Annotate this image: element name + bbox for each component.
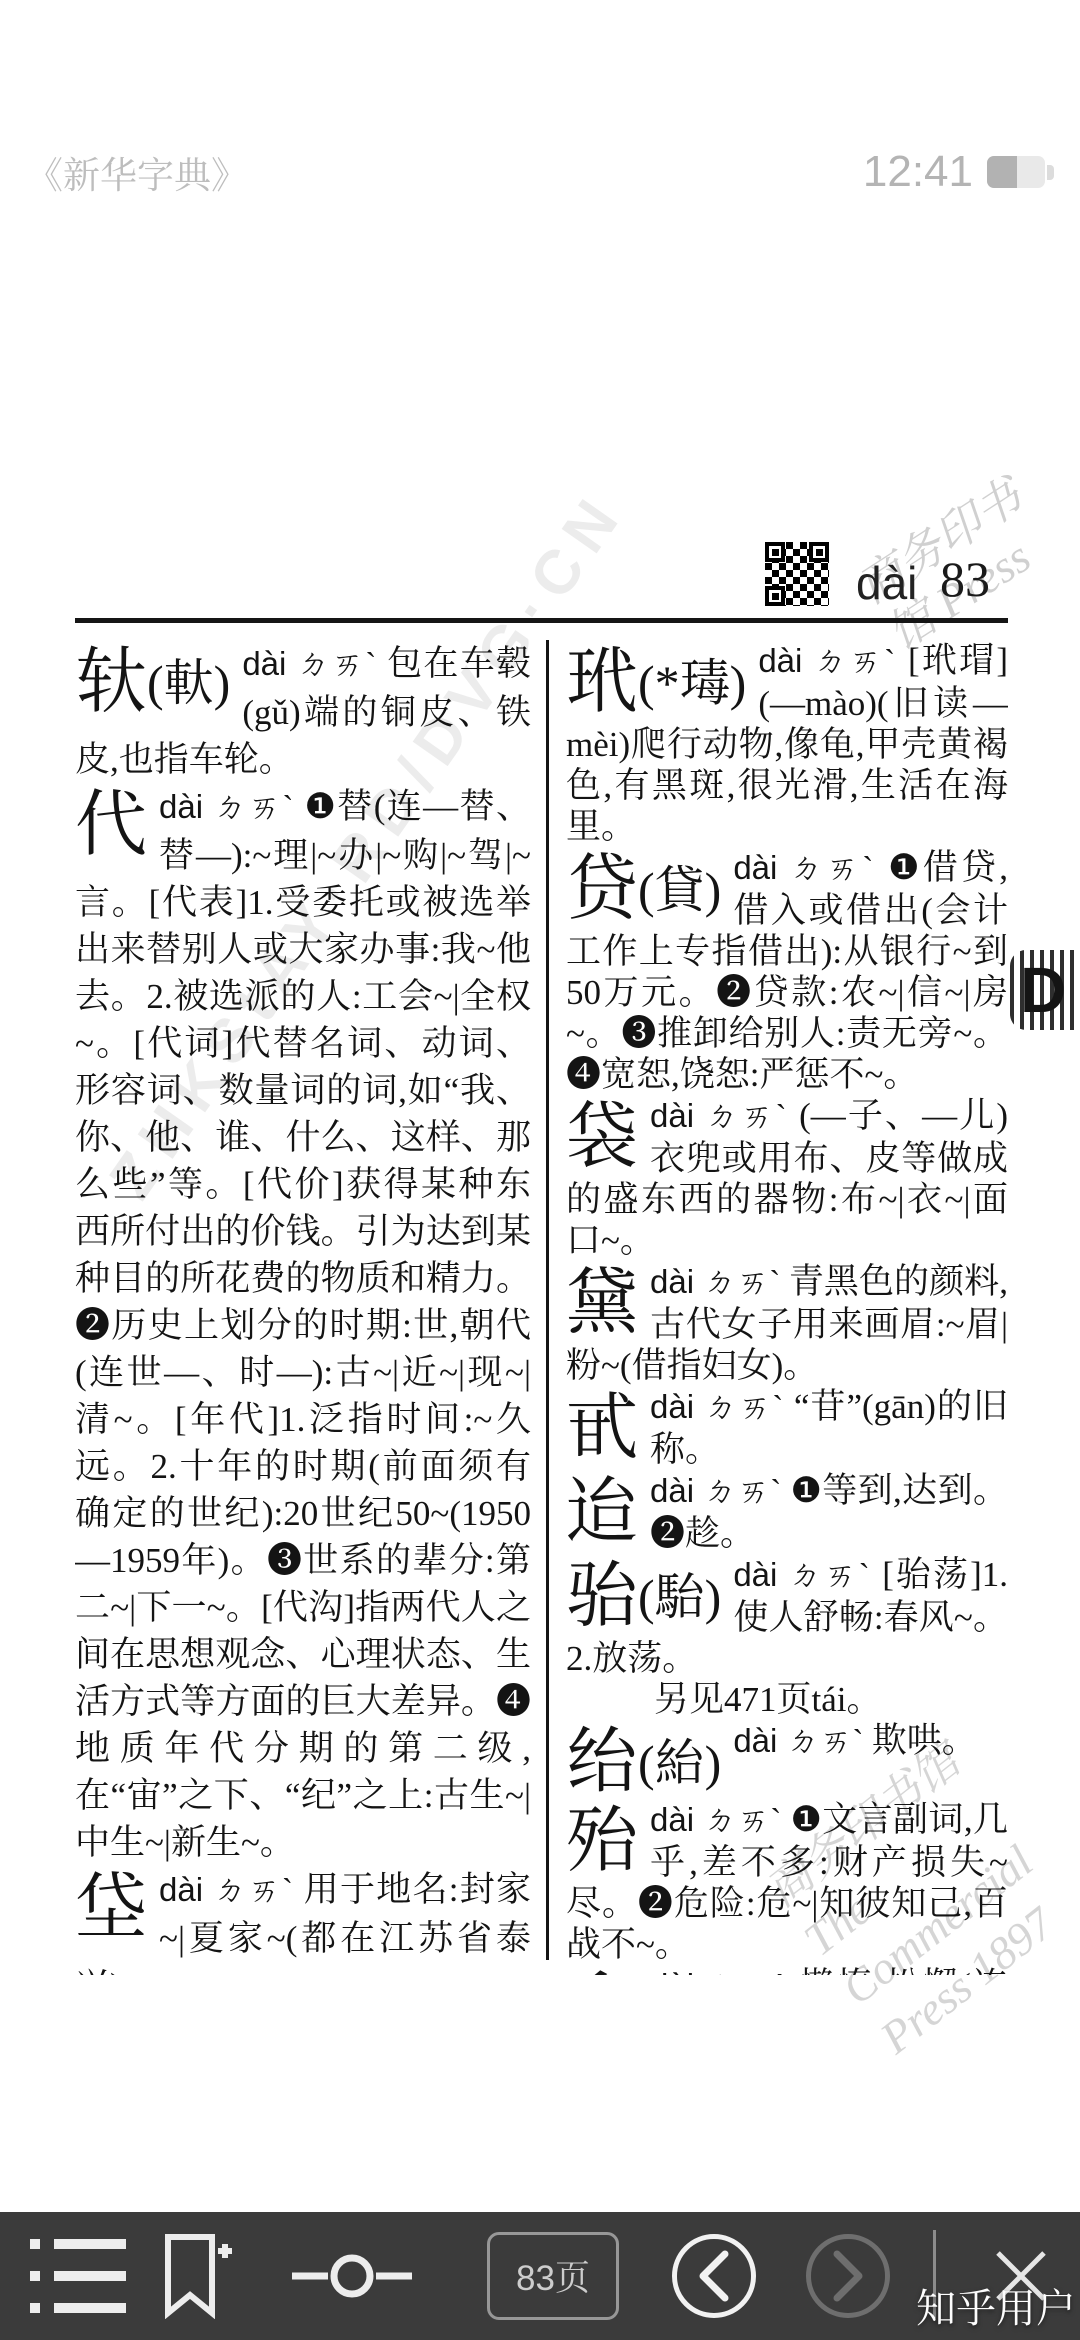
status-right: 12:41 — [863, 147, 1054, 197]
header-rule — [75, 618, 1008, 623]
pinyin: dài — [650, 1263, 703, 1300]
headword-variant: (紿) — [638, 1735, 721, 1791]
zhuyin: ㄉㄞˋ — [704, 1474, 791, 1510]
dictionary-page: 轪(軑)dài ㄉㄞˋ 包在车毂(gǔ)端的铜皮、铁皮,也指车轮。代dài ㄉㄞ… — [75, 640, 1008, 1975]
headword: 黛 — [566, 1267, 638, 1340]
zhuyin: ㄉㄞˋ — [814, 644, 908, 680]
list-icon — [30, 2237, 126, 2315]
striped-d-watermark: D — [1010, 950, 1080, 1030]
pinyin: dài — [650, 1472, 704, 1509]
headword-variant: (駘) — [638, 1569, 721, 1625]
definition: 欺哄。 — [872, 1721, 977, 1760]
contents-menu-button[interactable] — [30, 2237, 126, 2315]
pinyin: dài — [159, 788, 214, 825]
pinyin: dài — [733, 849, 789, 886]
header-page-number: 83 — [940, 550, 990, 608]
status-bar: 《新华字典》 12:41 — [0, 148, 1080, 196]
dict-entry-绐: 绐(紿)dài ㄉㄞˋ 欺哄。 — [566, 1720, 1008, 1799]
bookmark-add-icon — [162, 2233, 232, 2319]
headword: 绐(紿) — [566, 1726, 721, 1799]
headword: 代 — [75, 789, 147, 862]
dict-entry-殆: 殆dài ㄉㄞˋ ❶文言副词,几乎,差不多:财产损失~尽。❷危险:危~|知彼知己… — [566, 1799, 1008, 1965]
zhuyin: ㄉㄞˋ — [703, 1265, 789, 1301]
headword: 甙 — [566, 1392, 638, 1465]
dict-entry-怠: 怠dài ㄉㄞˋ 懒惰,松懈(连—惰、懒—、懈—)。[怠慢] — [566, 1965, 1008, 1975]
zhuyin: ㄉㄞˋ — [704, 1390, 794, 1426]
headword-variant: (貸) — [638, 862, 721, 918]
page-indicator-label: 83页 — [516, 2251, 590, 2301]
dict-entry-骀: 骀(駘)dài ㄉㄞˋ [骀荡]1.使人舒畅:春风~。2.放荡。另见471页tá… — [566, 1554, 1008, 1720]
dict-entry-轪: 轪(軑)dài ㄉㄞˋ 包在车毂(gǔ)端的铜皮、铁皮,也指车轮。 — [75, 640, 531, 783]
headword: 殆 — [566, 1805, 638, 1878]
definition: ❶替(连—替、替—):~理|~办|~购|~驾|~言。[代表]1.受委托或被选举出… — [75, 787, 531, 1862]
prev-page-button[interactable] — [672, 2234, 756, 2318]
slider-icon — [292, 2246, 412, 2306]
pinyin: dài — [650, 1388, 704, 1425]
headword: 骀(駘) — [566, 1560, 721, 1633]
pinyin: dài — [758, 642, 813, 679]
zhuyin: ㄉㄞˋ — [705, 1099, 799, 1135]
zhihu-user-watermark: 知乎用户 — [916, 2277, 1076, 2334]
headword: 怠 — [566, 1971, 638, 1975]
zhuyin: ㄉㄞˋ — [214, 790, 305, 826]
brightness-slider-button[interactable] — [292, 2246, 412, 2306]
pinyin: dài — [650, 1097, 705, 1134]
zhuyin: ㄉㄞˋ — [297, 647, 387, 683]
headword: 玳(*瑇) — [566, 646, 746, 719]
dict-entry-袋: 袋dài ㄉㄞˋ (—子、—儿)衣兜或用布、皮等做成的盛东西的器物:布~|衣~|… — [566, 1095, 1008, 1261]
headword: 迨 — [566, 1476, 638, 1549]
chevron-right-icon — [831, 2250, 865, 2302]
chevron-left-icon — [697, 2250, 731, 2302]
see-also-note: 另见471页tái。 — [566, 1679, 1008, 1720]
pinyin: dài — [650, 1967, 705, 1975]
dict-entry-玳: 玳(*瑇)dài ㄉㄞˋ [玳瑁](—mào)(旧读—mèi)爬行动物,像龟,甲… — [566, 640, 1008, 847]
headword: 轪(軑) — [75, 646, 230, 719]
headword-variant: (*瑇) — [638, 655, 746, 711]
dict-entry-黛: 黛dài ㄉㄞˋ 青黑色的颜料,古代女子用来画眉:~眉|粉~(借指妇女)。 — [566, 1261, 1008, 1386]
pinyin: dài — [159, 1871, 213, 1908]
dict-entry-代: 代dài ㄉㄞˋ ❶替(连—替、替—):~理|~办|~购|~驾|~言。[代表]1… — [75, 783, 531, 1866]
zhuyin: ㄉㄞˋ — [790, 851, 888, 887]
dict-entry-贷: 贷(貸)dài ㄉㄞˋ ❶借贷,借入或借出(会计工作上专指借出):从银行~到50… — [566, 847, 1008, 1095]
dict-entry-垈: 垈dài ㄉㄞˋ 用于地名:封家~|夏家~(都在江苏省泰兴)。 — [75, 1866, 531, 1975]
zhuyin: ㄉㄞˋ — [705, 1969, 799, 1975]
left-column: 轪(軑)dài ㄉㄞˋ 包在车毂(gǔ)端的铜皮、铁皮,也指车轮。代dài ㄉㄞ… — [75, 640, 531, 1975]
zhuyin: ㄉㄞˋ — [213, 1873, 303, 1909]
page-indicator-button[interactable]: 83页 — [487, 2232, 619, 2320]
add-bookmark-button[interactable] — [162, 2233, 232, 2319]
next-page-button[interactable] — [806, 2234, 890, 2318]
app-title: 《新华字典》 — [26, 145, 248, 199]
headword: 袋 — [566, 1101, 638, 1174]
header-pinyin: dài — [856, 556, 917, 610]
column-divider — [546, 640, 549, 1960]
pinyin: dài — [733, 1556, 788, 1593]
dict-entry-甙: 甙dài ㄉㄞˋ “苷”(gān)的旧称。 — [566, 1386, 1008, 1470]
qr-code-icon — [765, 542, 829, 606]
battery-icon — [987, 156, 1054, 188]
zhuyin: ㄉㄞˋ — [789, 1558, 883, 1594]
headword-variant: (軑) — [147, 655, 230, 711]
pinyin: dài — [733, 1722, 786, 1759]
right-column: 玳(*瑇)dài ㄉㄞˋ [玳瑁](—mào)(旧读—mèi)爬行动物,像龟,甲… — [566, 640, 1008, 1975]
headword: 贷(貸) — [566, 853, 721, 926]
headword: 垈 — [75, 1872, 147, 1945]
zhuyin: ㄉㄞˋ — [704, 1803, 791, 1839]
pinyin: dài — [242, 645, 296, 682]
dict-entry-迨: 迨dài ㄉㄞˋ ❶等到,达到。❷趁。 — [566, 1470, 1008, 1554]
clock: 12:41 — [863, 147, 973, 197]
zhuyin: ㄉㄞˋ — [787, 1724, 872, 1760]
pinyin: dài — [650, 1801, 704, 1838]
